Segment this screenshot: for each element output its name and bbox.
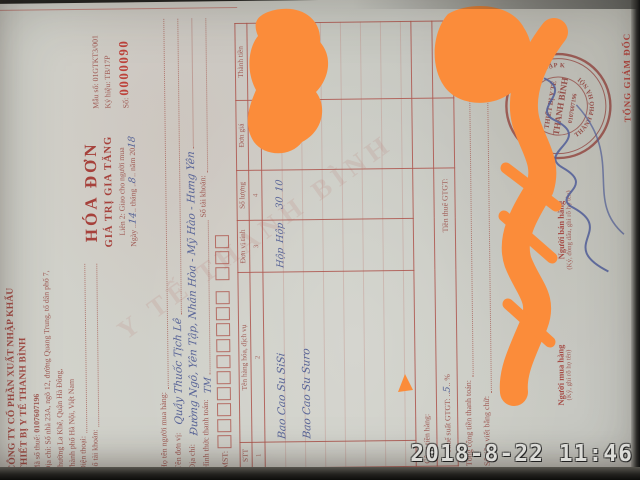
redaction-scribble <box>248 9 328 154</box>
photo-of-invoice: Y TẾ THANH BÌNH CÔNG TY CỔ PHẦN XUẤT NHẬ… <box>0 0 640 480</box>
photo-edge-bottom <box>0 467 640 480</box>
camera-timestamp: 2018-8-22 11:46 <box>410 441 633 467</box>
redaction-mark <box>398 374 413 392</box>
photo-edge-top <box>352 0 640 9</box>
photo-edge-right <box>631 0 640 480</box>
redaction-overlay <box>0 0 640 480</box>
